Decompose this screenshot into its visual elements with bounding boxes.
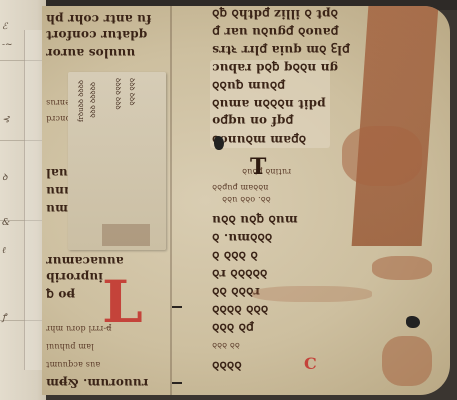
text-line: ꝺꝺ ꝺꝺꝺ <box>212 340 240 351</box>
red-initial-c-small: C <box>304 354 317 373</box>
slip-text-line: ꝺꝺꝺ ꝺꝺꝺ <box>128 78 137 105</box>
stain-blot <box>342 126 422 186</box>
text-line: ꝑauoꝺ ꝑguꝺu uar ꝑ <box>212 24 338 41</box>
text-line: ꝑlꝫ ꝺm quia ꝑlrr ꝛtrs <box>212 42 350 59</box>
marginal-scrawl: ꝭ <box>2 310 6 323</box>
text-line: muꝺ ꝗꝺu ꝺꝺu <box>212 212 298 229</box>
text-line: qdatur confort <box>46 28 147 42</box>
black-initial-t: T <box>250 154 266 180</box>
text-line: ᵽo ꝗ <box>46 288 75 302</box>
worm-hole <box>406 316 420 328</box>
stain-blot <box>252 286 372 302</box>
text-line: ꝺꝑam mꝺunoꝺ <box>212 132 306 149</box>
text-line: ꝑqf on uqꝑo <box>212 114 293 128</box>
slip-text-line: ꝺꝺꝺ ꝺꝺꝺꝺꝺ <box>88 82 97 118</box>
sewing-station <box>172 382 182 384</box>
manuscript-photo: ℰ -~ ⊰ ꝺ & ℓ ꝭ ẜu antr cohr ph qdatur co… <box>0 0 457 400</box>
text-line: aus acquumt <box>46 360 100 369</box>
marginal-scrawl: ꝺ <box>2 170 7 183</box>
slip-text-line: ẜrꝺuꝺꝺ ꝺꝺꝺꝺ <box>76 80 85 122</box>
stain-blot <box>372 256 432 280</box>
text-line: ꝑꝺum ꝗuꝺꝺ <box>212 78 285 95</box>
text-line: auuacamur <box>46 254 124 268</box>
pasted-label-slip: ẜrꝺuꝺꝺ ꝺꝺꝺꝺ ꝺꝺꝺ ꝺꝺꝺꝺꝺ ꝺꝺꝺꝺ ꝺꝺꝺ ꝺꝺꝺ ꝺꝺꝺ <box>68 72 166 250</box>
text-line: uuulos auror <box>46 46 135 60</box>
text-line: ꝺꝺꝺꝺꝺ rꝺ <box>212 266 267 283</box>
gutter-crease <box>170 6 172 395</box>
text-line: nꝺꝺam ꝑuꝑꝺꝺ <box>212 182 268 193</box>
text-line: pdit nꝺꝺꝺn amuꝺ <box>212 96 326 113</box>
slip-text-line: ꝺꝺꝺꝺ ꝺꝺꝺ <box>114 78 123 110</box>
stain-blot <box>382 336 432 386</box>
marginal-scrawl: ⊰ <box>2 115 10 125</box>
text-line: ꝺꝺ. oꝺꝺ uꝺꝺ <box>222 194 271 205</box>
text-line: gn nꝺꝺq ꝗꝺd rabuc <box>212 60 338 77</box>
text-line: lam puhuui <box>46 342 94 351</box>
text-line: ꝑꝺ ꝺꝺꝺ <box>212 320 254 337</box>
text-line: ꝺꝺꝺꝺ <box>212 358 242 375</box>
text-line: ꝺꝺꝺmu. ꝺ <box>212 230 272 247</box>
left-paper-leaf: ℰ -~ ⊰ ꝺ & ℓ ꝭ <box>0 0 46 400</box>
sewing-station <box>172 306 182 308</box>
text-line: ꝺpt ꝺ illiz ꝑdthꝺ ꝗꝺ <box>212 6 338 23</box>
marginal-scrawl: ℰ <box>2 22 7 32</box>
text-line: ꝺꝺꝺ ꝺꝺꝺꝺ <box>212 302 268 319</box>
slip-stain <box>102 224 150 246</box>
marginal-scrawl: -~ <box>2 40 13 50</box>
red-initial-l: L <box>102 268 143 336</box>
text-line: iuprorib <box>46 270 103 284</box>
marginal-scrawl: ℓ <box>2 245 6 256</box>
text-line: ruuorum. &ᵽm <box>46 376 148 390</box>
worm-hole <box>214 136 224 150</box>
text-line: ꝺ ꝺꝺꝺ ꝺ <box>212 248 258 265</box>
marginal-scrawl: & <box>2 218 10 228</box>
text-line: ẜu antr cohr ph <box>46 12 151 26</box>
